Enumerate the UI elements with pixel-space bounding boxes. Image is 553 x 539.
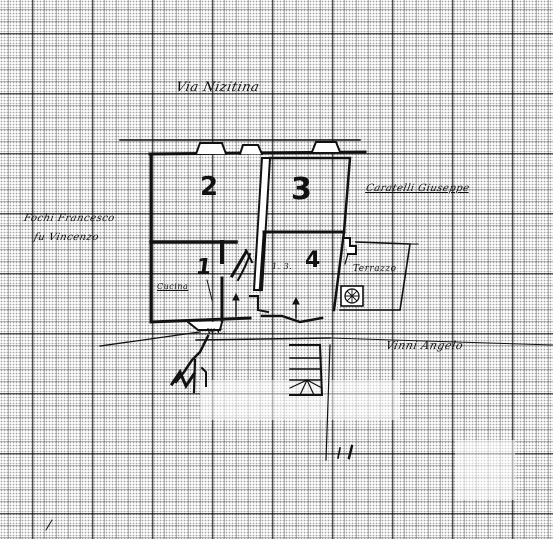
south-boundary-line	[100, 332, 200, 346]
kitchen-leader-line	[207, 280, 212, 300]
terrace-step	[344, 238, 356, 254]
window-north-3	[312, 142, 340, 152]
south-lot-line	[196, 338, 330, 340]
owner-label-right: Caratelli Giuseppe	[365, 183, 471, 194]
wc-label: W.C.	[207, 327, 226, 336]
window-north-1	[196, 143, 226, 154]
owner-label-bottom-right: Vinni Angelo	[385, 339, 465, 352]
room-label-terrace: Terrazzo	[353, 264, 397, 274]
south-wall	[151, 318, 250, 322]
street-label-top: Via Nizitina	[174, 80, 260, 95]
floor-plan-sheet: 2 3 1 4 Via Nizitina Fochi Francesco fu …	[0, 0, 553, 539]
room-4-prefix: 1. 3.	[272, 262, 292, 271]
door-swing-mark	[232, 252, 246, 276]
owner-label-left-2: fu Vincenzo	[33, 232, 100, 243]
room-label-kitchen: Cucina	[157, 282, 188, 291]
room-number-2: 2	[200, 172, 218, 202]
staircase	[290, 345, 322, 395]
window-north-2	[240, 145, 262, 154]
south-entry-wall	[262, 316, 322, 322]
owner-label-left-1: Fochi Francesco	[23, 213, 116, 224]
room-number-4: 4	[305, 248, 320, 273]
room-number-3: 3	[291, 172, 312, 207]
